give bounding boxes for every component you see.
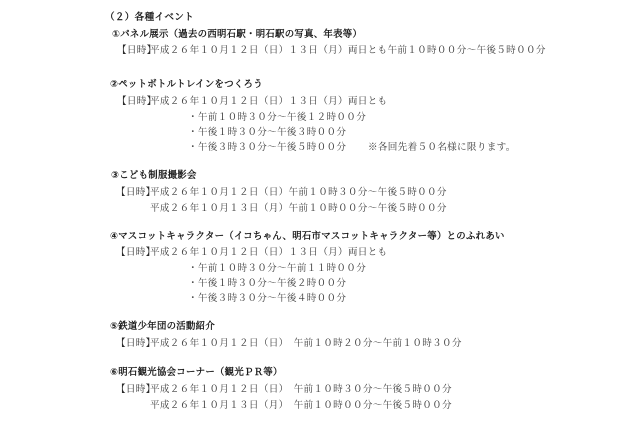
time-slot: ・午後３時３０分～午後４時００分 <box>188 293 346 305</box>
event-datetime: 平成２６年１０月１３日（月） 午前１０時００分～午後５時００分 <box>150 400 452 412</box>
event-datetime: 平成２６年１０月１２日（日）１３日（月）両日とも午前１０時００分～午後５時００分 <box>150 45 546 57</box>
event-title-mascot-meet: ④マスコットキャラクター（イコちゃん、明石市マスコットキャラクター等）とのふれあ… <box>110 231 505 243</box>
time-slot: ・午前１０時３０分～午前１１時００分 <box>188 263 366 275</box>
event-datetime: 平成２６年１０月１２日（日） 午前１０時３０分～午後５時００分 <box>150 384 452 396</box>
section-heading: （２）各種イベント <box>105 12 194 24</box>
event-datetime: 平成２６年１０月１２日（日）午前１０時３０分～午後５時００分 <box>150 187 447 199</box>
event-title-tourism-corner: ⑥明石観光協会コーナー（観光ＰＲ等） <box>110 367 283 379</box>
time-slot: ・午後１時３０分～午後２時００分 <box>188 278 346 290</box>
event-datetime: 平成２６年１０月１２日（日）１３日（月）両日とも <box>150 247 387 259</box>
event-title-panel-exhibit: ①パネル展示（過去の西明石駅・明石駅の写真、年表等） <box>112 29 362 41</box>
event-title-kids-uniform-photo: ③こども制服撮影会 <box>111 170 197 182</box>
event-schedule-document: （２）各種イベント ①パネル展示（過去の西明石駅・明石駅の写真、年表等） 【日時… <box>0 0 640 426</box>
time-slot: ・午前１０時３０分～午後１２時００分 <box>188 112 366 124</box>
time-slot: ・午後３時３０分～午後５時００分 <box>188 142 346 154</box>
event-title-railway-youth: ⑤鉄道少年団の活動紹介 <box>110 321 215 333</box>
event-datetime: 平成２６年１０月１３日（月）午前１０時００分～午後５時００分 <box>150 203 447 215</box>
capacity-note: ※各回先着５０名様に限ります。 <box>368 142 516 154</box>
event-title-pet-bottle-train: ②ペットボトルトレインをつくろう <box>110 79 263 91</box>
event-datetime: 平成２６年１０月１２日（日）１３日（月）両日とも <box>150 96 387 108</box>
event-datetime: 平成２６年１０月１２日（日） 午前１０時２０分～午前１０時３０分 <box>150 338 462 350</box>
time-slot: ・午後１時３０分～午後３時００分 <box>188 127 346 139</box>
